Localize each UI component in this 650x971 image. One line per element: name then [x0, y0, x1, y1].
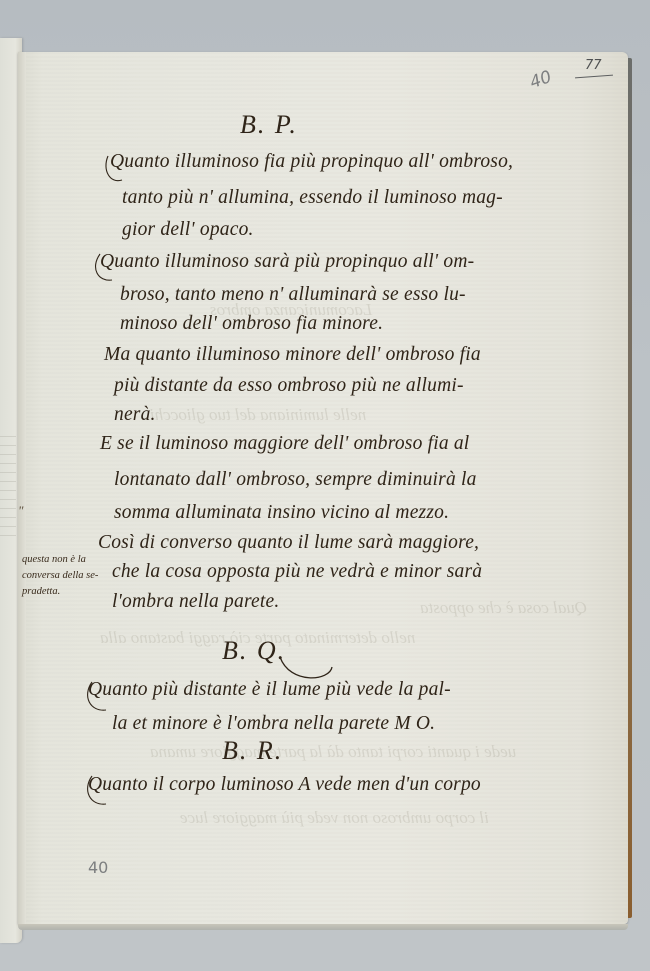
margin-note-line: questa non è la	[22, 551, 86, 568]
text-line: broso, tanto meno n' alluminarà se esso …	[120, 285, 466, 305]
text-line: Così di converso quanto il lume sarà mag…	[98, 533, 479, 553]
pencil-folio-number-bottom: 40	[88, 858, 108, 877]
margin-note-line: conversa della se-	[22, 567, 98, 584]
section-heading-bp: B. P.	[240, 112, 298, 138]
text-line: più distante da esso ombroso più ne allu…	[114, 376, 464, 396]
text-line: Quanto illuminoso fia più propinquo all'…	[110, 152, 513, 172]
section-heading-br: B. R.	[222, 738, 283, 764]
facing-page-bleed-text	[0, 428, 16, 538]
text-line: Quanto più distante è il lume più vede l…	[88, 680, 451, 700]
foxed-fore-edge	[628, 58, 632, 918]
text-line: lontanato dall' ombroso, sempre diminuir…	[114, 470, 477, 490]
text-line: somma alluminata insino vicino al mezzo.	[114, 503, 449, 523]
folio-number-stamped: 77	[585, 58, 602, 73]
margin-mark: "	[18, 504, 24, 517]
text-line: Ma quanto illuminoso minore dell' ombros…	[104, 345, 481, 365]
text-line: che la cosa opposta più ne vedrà e minor…	[112, 562, 482, 582]
text-line: la et minore è l'ombra nella parete M O.	[112, 714, 435, 734]
section-heading-bq: B. Q.	[222, 638, 286, 664]
text-line: Quanto il corpo luminoso A vede men d'un…	[88, 775, 481, 795]
text-line: l'ombra nella parete.	[112, 592, 279, 612]
binding-gutter	[18, 52, 26, 924]
text-line: minoso dell' ombroso fia minore.	[120, 314, 383, 334]
text-line: nerà.	[114, 405, 156, 425]
text-line: gior dell' opaco.	[122, 220, 254, 240]
text-line: tanto più n' allumina, essendo il lumino…	[122, 188, 503, 208]
text-line: E se il luminoso maggiore dell' ombroso …	[100, 434, 469, 454]
leaf-bottom-edge	[18, 924, 628, 930]
text-line: Quanto illuminoso sarà più propinquo all…	[100, 252, 474, 272]
margin-note-line: pradetta.	[22, 583, 60, 600]
